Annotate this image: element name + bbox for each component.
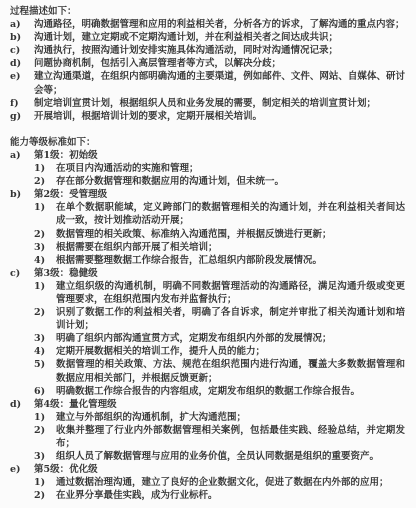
level-title: 第3级：稳健级 [34, 267, 405, 280]
item-text: 通过数据治理沟通，建立了良好的企业数据文化，促进了数据在内外部的应用； [56, 476, 405, 489]
process-item: e) 建立沟通渠道，在组织内部明确沟通的主要渠道，例如邮件、文件、网站、自媒体、… [10, 70, 405, 96]
level-sub-item: 2) 识别了数据工作的利益相关者，明确了各自诉求，制定并审批了相关沟通计划和培训… [34, 306, 405, 332]
item-text: 存在部分数据管理和数据应用的沟通计划，但未统一。 [56, 175, 405, 188]
item-marker: 1) [34, 162, 56, 175]
item-text: 组织人员了解数据管理与应用的业务价值，全员认同数据是组织的重要资产。 [56, 450, 405, 463]
item-marker: 4) [34, 254, 56, 267]
item-marker: 1) [34, 280, 56, 293]
item-text: 沟通路径，明确数据管理和应用的利益相关者，分析各方的诉求，了解沟通的重点内容； [34, 18, 405, 31]
item-marker: d) [10, 57, 34, 70]
item-marker: b) [10, 31, 34, 44]
item-text: 问题协商机制，包括引入高层管理者等方式，以解决分歧； [34, 57, 405, 70]
item-text: 制定培训宣贯计划，根据组织人员和业务发展的需要，制定相关的培训宣贯计划； [34, 97, 405, 110]
item-text: 沟通计划，建立定期或不定期沟通计划，并在利益相关者之间达成共识； [34, 31, 405, 44]
item-marker: 2) [34, 175, 56, 188]
level-title: 第4级：量化管理级 [34, 398, 405, 411]
item-marker: c) [10, 44, 34, 57]
item-marker: a) [10, 149, 34, 162]
item-text: 在单个数据职能域，定义跨部门的数据管理相关的沟通计划，并在利益相关者间达成一致，… [56, 201, 405, 227]
item-text: 在业界分享最佳实践，成为行业标杆。 [56, 489, 405, 502]
level-sub-item: 1) 在项目内沟通活动的实施和管理； [34, 162, 405, 175]
level-sub-item: 1) 建立与外部组织的沟通机制，扩大沟通范围； [34, 411, 405, 424]
level-sub-item: 1) 通过数据治理沟通，建立了良好的企业数据文化，促进了数据在内外部的应用； [34, 476, 405, 489]
item-text: 根据需要整理数据工作综合报告，汇总组织内部阶段发展情况。 [56, 254, 405, 267]
process-item: c) 沟通执行，按照沟通计划安排实施具体沟通活动，同时对沟通情况记录； [10, 44, 405, 57]
process-item: f) 制定培训宣贯计划，根据组织人员和业务发展的需要，制定相关的培训宣贯计划； [10, 97, 405, 110]
level-heading: b) 第2级：受管理级 [10, 188, 405, 201]
level-title: 第5级：优化级 [34, 463, 405, 476]
item-marker: d) [10, 398, 34, 411]
item-marker: 5) [34, 358, 56, 371]
item-marker: 2) [34, 489, 56, 502]
level-title: 第2级：受管理级 [34, 188, 405, 201]
item-marker: f) [10, 97, 34, 110]
item-text: 定期开展数据相关的培训工作，提升人员的能力； [56, 345, 405, 358]
level-sub-item: 2) 存在部分数据管理和数据应用的沟通计划，但未统一。 [34, 175, 405, 188]
level-sub-item: 4) 定期开展数据相关的培训工作，提升人员的能力； [34, 345, 405, 358]
level-heading: a) 第1级：初始级 [10, 149, 405, 162]
item-marker: e) [10, 70, 34, 83]
item-marker: c) [10, 267, 34, 280]
item-marker: b) [10, 188, 34, 201]
level-heading: d) 第4级：量化管理级 [10, 398, 405, 411]
process-item: a) 沟通路径，明确数据管理和应用的利益相关者，分析各方的诉求，了解沟通的重点内… [10, 18, 405, 31]
item-marker: a) [10, 18, 34, 31]
process-item: b) 沟通计划，建立定期或不定期沟通计划，并在利益相关者之间达成共识； [10, 31, 405, 44]
level-title: 第1级：初始级 [34, 149, 405, 162]
item-marker: 1) [34, 411, 56, 424]
item-marker: 1) [34, 201, 56, 214]
process-item: d) 问题协商机制，包括引入高层管理者等方式，以解决分歧； [10, 57, 405, 70]
level-sub-item: 3) 组织人员了解数据管理与应用的业务价值，全员认同数据是组织的重要资产。 [34, 450, 405, 463]
item-marker: 2) [34, 424, 56, 437]
process-heading: 过程描述如下： [10, 5, 405, 18]
item-text: 识别了数据工作的利益相关者，明确了各自诉求，制定并审批了相关沟通计划和培训计划； [56, 306, 405, 332]
level-heading: e) 第5级：优化级 [10, 463, 405, 476]
item-text: 沟通执行，按照沟通计划安排实施具体沟通活动，同时对沟通情况记录； [34, 44, 405, 57]
level-sub-item: 4) 根据需要整理数据工作综合报告，汇总组织内部阶段发展情况。 [34, 254, 405, 267]
level-sub-item: 6) 明确数据工作综合报告的内容组成，定期发布组织的数据工作综合报告。 [34, 385, 405, 398]
document-page: 过程描述如下： a) 沟通路径，明确数据管理和应用的利益相关者，分析各方的诉求，… [0, 0, 416, 508]
item-text: 数据管理的相关政策、方法、规范在组织范围内进行沟通，覆盖大多数数据管理和数据应用… [56, 358, 405, 384]
item-text: 明确了组织内部沟通宣贯方式，定期发布组织内外部的发展情况； [56, 332, 405, 345]
item-marker: 3) [34, 241, 56, 254]
item-marker: 6) [34, 385, 56, 398]
item-text: 明确数据工作综合报告的内容组成，定期发布组织的数据工作综合报告。 [56, 385, 405, 398]
level-heading: c) 第3级：稳健级 [10, 267, 405, 280]
item-text: 建立沟通渠道，在组织内部明确沟通的主要渠道，例如邮件、文件、网站、自媒体、研讨会… [34, 70, 405, 96]
level-sub-item: 5) 数据管理的相关政策、方法、规范在组织范围内进行沟通，覆盖大多数数据管理和数… [34, 358, 405, 384]
item-text: 建立组织级的沟通机制，明确不同数据管理活动的沟通路径，满足沟通升级或变更管理要求… [56, 280, 405, 306]
item-text: 在项目内沟通活动的实施和管理； [56, 162, 405, 175]
item-marker: 4) [34, 345, 56, 358]
item-marker: 2) [34, 306, 56, 319]
capability-heading: 能力等级标准如下： [10, 136, 405, 149]
level-sub-item: 3) 明确了组织内部沟通宣贯方式，定期发布组织内外部的发展情况； [34, 332, 405, 345]
level-sub-item: 1) 建立组织级的沟通机制，明确不同数据管理活动的沟通路径，满足沟通升级或变更管… [34, 280, 405, 306]
level-sub-item: 1) 在单个数据职能域，定义跨部门的数据管理相关的沟通计划，并在利益相关者间达成… [34, 201, 405, 227]
item-text: 数据管理的相关政策、标准纳入沟通范围，并根据反馈进行更新； [56, 228, 405, 241]
item-marker: 3) [34, 332, 56, 345]
item-marker: 2) [34, 228, 56, 241]
level-sub-item: 2) 收集并整理了行业内外部数据管理相关案例，包括最佳实践、经验总结，并定期发布… [34, 424, 405, 450]
level-sub-item: 2) 在业界分享最佳实践，成为行业标杆。 [34, 489, 405, 502]
item-text: 根据需要在组织内部开展了相关培训； [56, 241, 405, 254]
item-text: 开展培训，根据培训计划的要求，定期开展相关培训。 [34, 110, 405, 123]
level-sub-item: 2) 数据管理的相关政策、标准纳入沟通范围，并根据反馈进行更新； [34, 228, 405, 241]
process-item: g) 开展培训，根据培训计划的要求，定期开展相关培训。 [10, 110, 405, 123]
item-marker: e) [10, 463, 34, 476]
item-text: 建立与外部组织的沟通机制，扩大沟通范围； [56, 411, 405, 424]
item-marker: 3) [34, 450, 56, 463]
item-marker: g) [10, 110, 34, 123]
item-marker: 1) [34, 476, 56, 489]
item-text: 收集并整理了行业内外部数据管理相关案例，包括最佳实践、经验总结，并定期发布； [56, 424, 405, 450]
level-sub-item: 3) 根据需要在组织内部开展了相关培训； [34, 241, 405, 254]
